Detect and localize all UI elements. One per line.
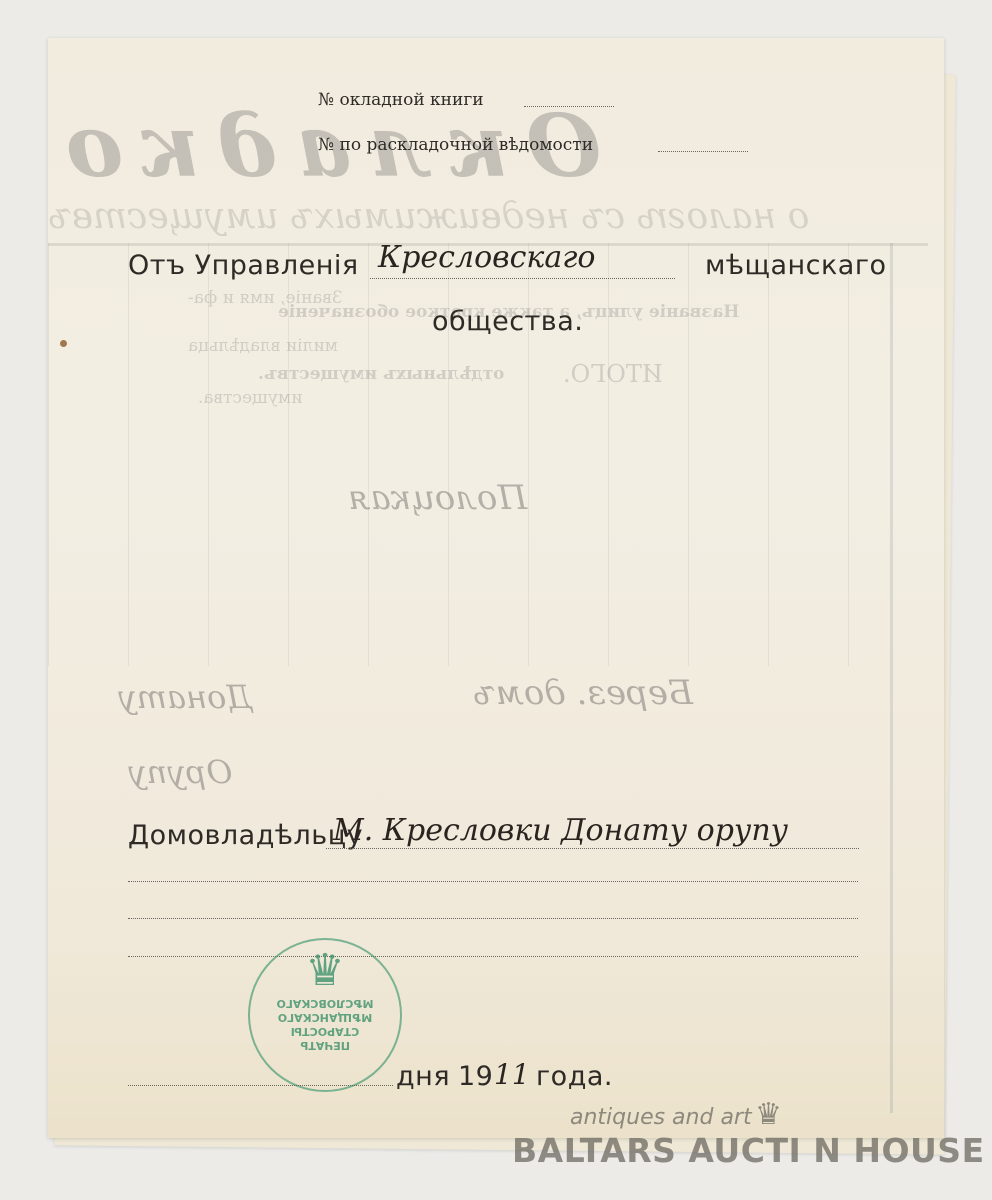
from-line2: общества. bbox=[432, 306, 583, 337]
raskladochnoy-label: № по раскладочной вѣдомости bbox=[318, 135, 593, 155]
stamp-text: МѢЩАНСКАГО bbox=[250, 1010, 400, 1024]
date-label: дня bbox=[396, 1061, 450, 1092]
bleed-handwriting: Берез. домъ bbox=[473, 673, 693, 713]
from-label: Отъ Управленія bbox=[128, 250, 359, 281]
bleed-subtitle: о налогѣ съ недвижимыхъ имуществъ bbox=[48, 196, 809, 237]
okladnoy-book-field[interactable] bbox=[524, 106, 614, 107]
society-name-handwritten: Кресловскаго bbox=[378, 240, 595, 275]
okladnoy-book-label: № окладной книги bbox=[318, 90, 484, 110]
from-suffix: мѣщанскаго bbox=[705, 250, 887, 281]
bleed-column-note: отдѣльныхъ имуществъ. bbox=[258, 364, 504, 384]
blank-line[interactable] bbox=[128, 881, 858, 882]
crown-icon: ♛ bbox=[755, 1097, 782, 1132]
watermark-title: BALTARS AUCTI N HOUSE bbox=[512, 1131, 985, 1170]
rust-stain bbox=[60, 340, 67, 347]
bleed-column-note: миліи владѣльца bbox=[188, 336, 338, 356]
document-sheet: Окладко о налогѣ съ недвижимыхъ имуществ… bbox=[48, 38, 944, 1138]
year-handwritten: 11 bbox=[494, 1058, 530, 1091]
owner-handwritten: М. Кресловки Донату орупу bbox=[333, 813, 788, 848]
owner-field[interactable] bbox=[326, 848, 859, 849]
stamp-text: МѢСЛОВСКАГО bbox=[250, 996, 400, 1010]
bleed-border-line bbox=[890, 243, 893, 1113]
date-day-field[interactable] bbox=[128, 1085, 393, 1086]
bleed-handwriting: Донату bbox=[118, 678, 252, 716]
bleed-column-note: имущества. bbox=[198, 388, 302, 408]
society-name-field[interactable] bbox=[370, 278, 675, 279]
stamp-text: СТАРОСТЫ bbox=[250, 1024, 400, 1038]
bleed-handwriting: Полоцкая bbox=[348, 478, 527, 518]
eagle-emblem-icon: ♛ bbox=[250, 946, 400, 996]
owner-label: Домовладѣльцу bbox=[128, 820, 363, 851]
bleed-column-note: ИТОГО. bbox=[563, 360, 663, 388]
watermark-subtitle: antiques and art bbox=[570, 1105, 752, 1130]
year-printed: 19 bbox=[458, 1061, 493, 1092]
blank-line[interactable] bbox=[128, 918, 858, 919]
stamp-text: ПЕЧАТЬ bbox=[250, 1038, 400, 1052]
year-suffix: года. bbox=[536, 1061, 613, 1092]
raskladochnoy-field[interactable] bbox=[658, 151, 748, 152]
blank-line[interactable] bbox=[128, 956, 858, 957]
bleed-handwriting: Орупу bbox=[128, 753, 232, 791]
official-stamp: ♛ МѢСЛОВСКАГО МѢЩАНСКАГО СТАРОСТЫ ПЕЧАТЬ bbox=[248, 938, 402, 1092]
